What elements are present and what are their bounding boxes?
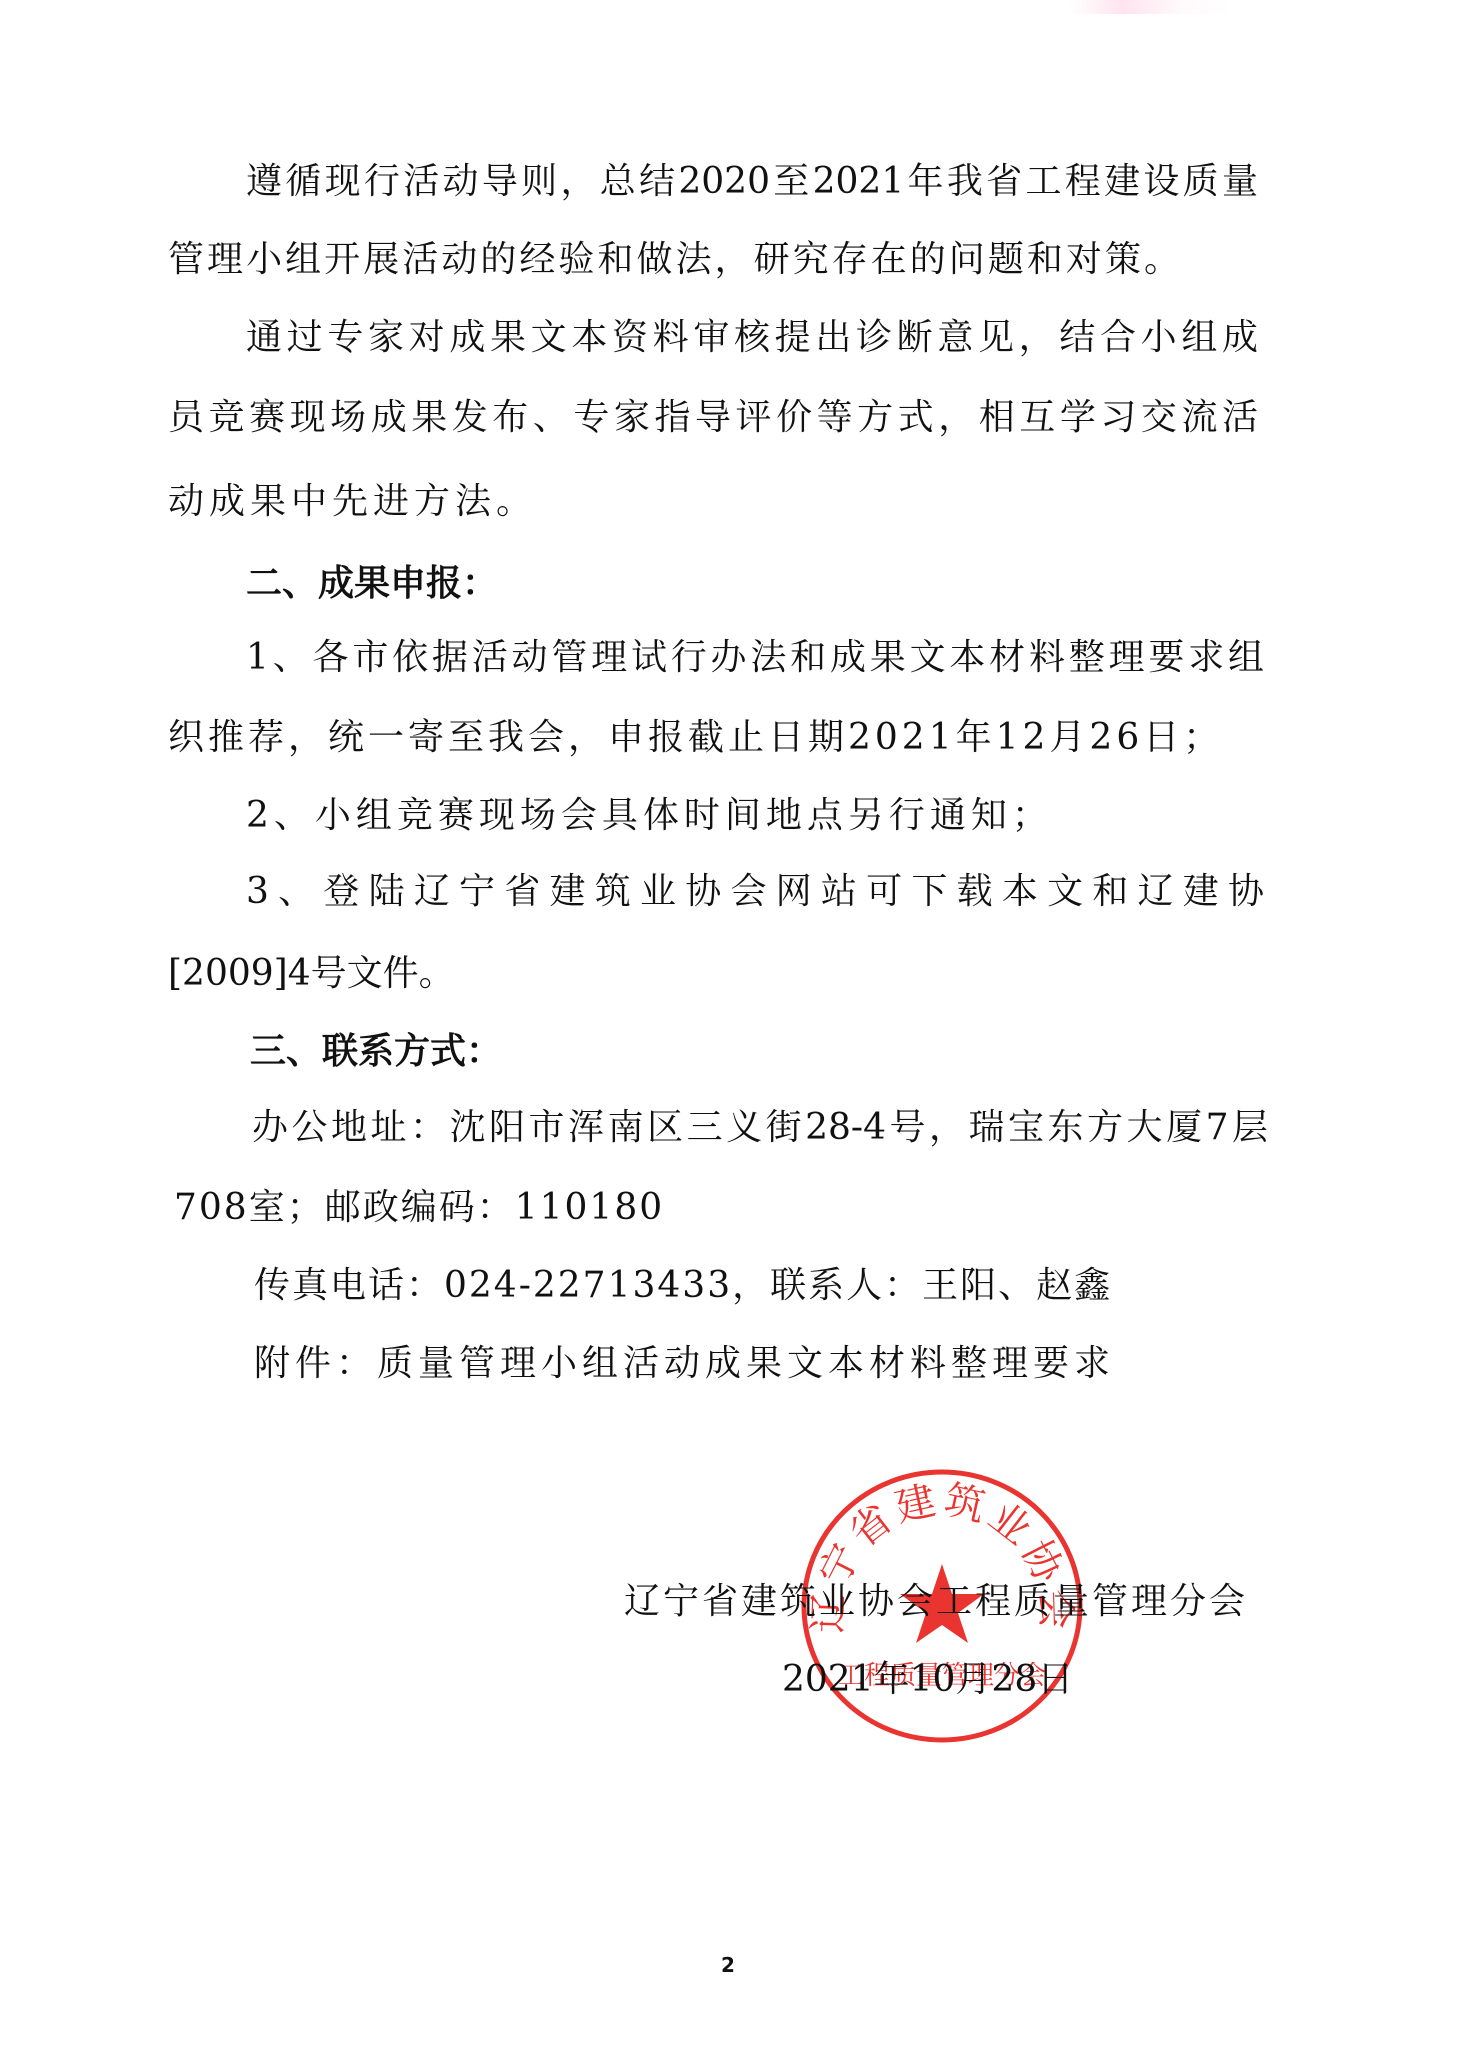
paragraph-line: 通过专家对成果文本资料审核提出诊断意见，结合小组成 [246,316,1258,360]
contact-fax: 传真电话：024-22713433，联系人：王阳、赵鑫 [254,1264,1112,1308]
contact-address: 办公地址：沈阳市浑南区三义街28-4号，瑞宝东方大厦7层 [252,1106,1268,1150]
signing-date: 2021年10月28日 [782,1658,1073,1702]
paragraph-line: 遵循现行活动导则，总结2020至2021年我省工程建设质量 [246,160,1258,204]
list-item-line: [2009]4号文件。 [168,952,455,996]
page-number: 2 [718,1953,738,1977]
document-page: 遵循现行活动导则，总结2020至2021年我省工程建设质量 管理小组开展活动的经… [0,0,1472,2064]
paragraph-line: 管理小组开展活动的经验和做法，研究存在的问题和对策。 [168,238,1180,282]
list-item-line: 1、各市依据活动管理试行办法和成果文本材料整理要求组 [246,636,1264,680]
signing-organization: 辽宁省建筑业协会工程质量管理分会 [624,1580,1248,1624]
section-heading: 二、成果申报： [246,562,498,606]
list-item-line: 织推荐，统一寄至我会，申报截止日期2021年12月26日； [168,716,1223,760]
list-item-line: 3、登陆辽宁省建筑业协会网站可下载本文和辽建协 [246,870,1264,914]
paragraph-line: 动成果中先进方法。 [168,480,537,524]
attachment-note: 附件：质量管理小组活动成果文本材料整理要求 [254,1342,1115,1386]
section-heading: 三、联系方式： [250,1030,502,1074]
list-item-line: 2、小组竞赛现场会具体时间地点另行通知； [246,794,1053,838]
contact-address: 708室；邮政编码：110180 [174,1186,664,1230]
paragraph-line: 员竞赛现场成果发布、专家指导评价等方式，相互学习交流活 [168,396,1258,440]
scan-artifact [1070,0,1230,14]
